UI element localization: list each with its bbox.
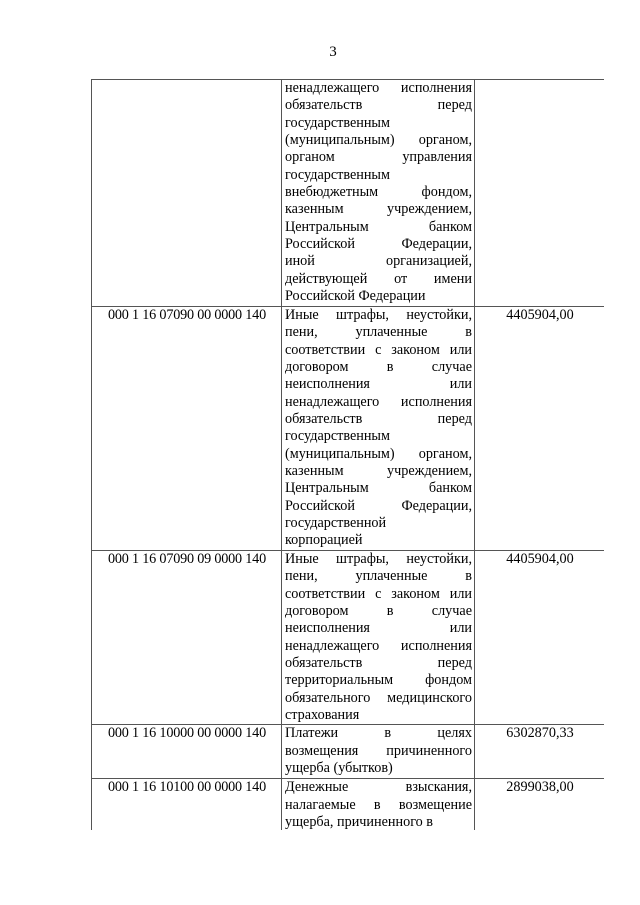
- revenue-item-name-line: Центральным банком: [285, 219, 472, 236]
- revenue-item-name-line: Платежи в целях: [285, 725, 472, 742]
- revenue-item-name: Иные штрафы, неустойки,пени, уплаченные …: [282, 550, 475, 724]
- revenue-item-name-line: казенным учреждением,: [285, 463, 472, 480]
- budget-classification-code: [92, 80, 282, 307]
- revenue-item-name-line: государственным: [285, 115, 472, 132]
- revenue-item-name-line: обязательств перед: [285, 655, 472, 672]
- revenue-item-name-line: действующей от имени: [285, 271, 472, 288]
- revenue-item-name-line: органом управления: [285, 149, 472, 166]
- revenue-item-name-line: соответствии с законом или: [285, 586, 472, 603]
- revenue-item-name-line: территориальным фондом: [285, 672, 472, 689]
- revenue-item-name-line: ненадлежащего исполнения: [285, 80, 472, 97]
- budget-classification-code: 000 1 16 07090 00 0000 140: [92, 307, 282, 551]
- revenue-item-name-line: соответствии с законом или: [285, 342, 472, 359]
- revenue-item-name-line: возмещения причиненного: [285, 743, 472, 760]
- revenue-item-name-line: (муниципальным) органом,: [285, 446, 472, 463]
- budget-revenue-table: ненадлежащего исполненияобязательств пер…: [91, 79, 604, 830]
- revenue-amount: 6302870,33: [475, 725, 605, 779]
- budget-classification-code: 000 1 16 10100 00 0000 140: [92, 779, 282, 830]
- table-row: 000 1 16 07090 00 0000 140Иные штрафы, н…: [92, 307, 605, 551]
- revenue-item-name-line: (муниципальным) органом,: [285, 132, 472, 149]
- table-row: 000 1 16 10000 00 0000 140Платежи в целя…: [92, 725, 605, 779]
- revenue-item-name-line: государственным: [285, 167, 472, 184]
- revenue-item-name-line: Денежные взыскания,: [285, 779, 472, 796]
- revenue-amount: [475, 80, 605, 307]
- revenue-amount: 2899038,00: [475, 779, 605, 830]
- revenue-item-name-line: обязательств перед: [285, 411, 472, 428]
- revenue-item-name-line: договором в случае: [285, 603, 472, 620]
- revenue-item-name-line: Иные штрафы, неустойки,: [285, 307, 472, 324]
- revenue-item-name-line: ущерба, причиненного в: [285, 814, 472, 830]
- revenue-item-name-line: иной организацией,: [285, 253, 472, 270]
- revenue-item-name-line: Российской Федерации,: [285, 236, 472, 253]
- revenue-item-name: Иные штрафы, неустойки,пени, уплаченные …: [282, 307, 475, 551]
- table-row: 000 1 16 07090 09 0000 140Иные штрафы, н…: [92, 550, 605, 724]
- revenue-item-name-line: государственной: [285, 515, 472, 532]
- revenue-item-name: Денежные взыскания,налагаемые в возмещен…: [282, 779, 475, 830]
- budget-table-container: ненадлежащего исполненияобязательств пер…: [91, 79, 604, 830]
- revenue-item-name-line: ненадлежащего исполнения: [285, 394, 472, 411]
- revenue-item-name-line: корпорацией: [285, 532, 472, 549]
- revenue-item-name-line: Российской Федерации: [285, 288, 472, 305]
- revenue-item-name-line: обязательств перед: [285, 97, 472, 114]
- revenue-item-name-line: ненадлежащего исполнения: [285, 638, 472, 655]
- revenue-item-name-line: Российской Федерации,: [285, 498, 472, 515]
- revenue-item-name: Платежи в целяхвозмещения причиненногоущ…: [282, 725, 475, 779]
- budget-classification-code: 000 1 16 10000 00 0000 140: [92, 725, 282, 779]
- revenue-item-name-line: обязательного медицинского: [285, 690, 472, 707]
- revenue-item-name-line: договором в случае: [285, 359, 472, 376]
- page-number: 3: [0, 44, 640, 61]
- revenue-item-name-line: страхования: [285, 707, 472, 724]
- revenue-item-name-line: неисполнения или: [285, 376, 472, 393]
- revenue-item-name-line: ущерба (убытков): [285, 760, 472, 777]
- revenue-item-name-line: Иные штрафы, неустойки,: [285, 551, 472, 568]
- revenue-item-name-line: неисполнения или: [285, 620, 472, 637]
- revenue-item-name-line: пени, уплаченные в: [285, 324, 472, 341]
- revenue-item-name-line: казенным учреждением,: [285, 201, 472, 218]
- revenue-item-name-line: государственным: [285, 428, 472, 445]
- revenue-item-name-line: налагаемые в возмещение: [285, 797, 472, 814]
- revenue-item-name-line: внебюджетным фондом,: [285, 184, 472, 201]
- revenue-item-name-line: пени, уплаченные в: [285, 568, 472, 585]
- revenue-item-name: ненадлежащего исполненияобязательств пер…: [282, 80, 475, 307]
- revenue-item-name-line: Центральным банком: [285, 480, 472, 497]
- table-row: ненадлежащего исполненияобязательств пер…: [92, 80, 605, 307]
- revenue-amount: 4405904,00: [475, 550, 605, 724]
- table-row: 000 1 16 10100 00 0000 140Денежные взыск…: [92, 779, 605, 830]
- budget-classification-code: 000 1 16 07090 09 0000 140: [92, 550, 282, 724]
- revenue-amount: 4405904,00: [475, 307, 605, 551]
